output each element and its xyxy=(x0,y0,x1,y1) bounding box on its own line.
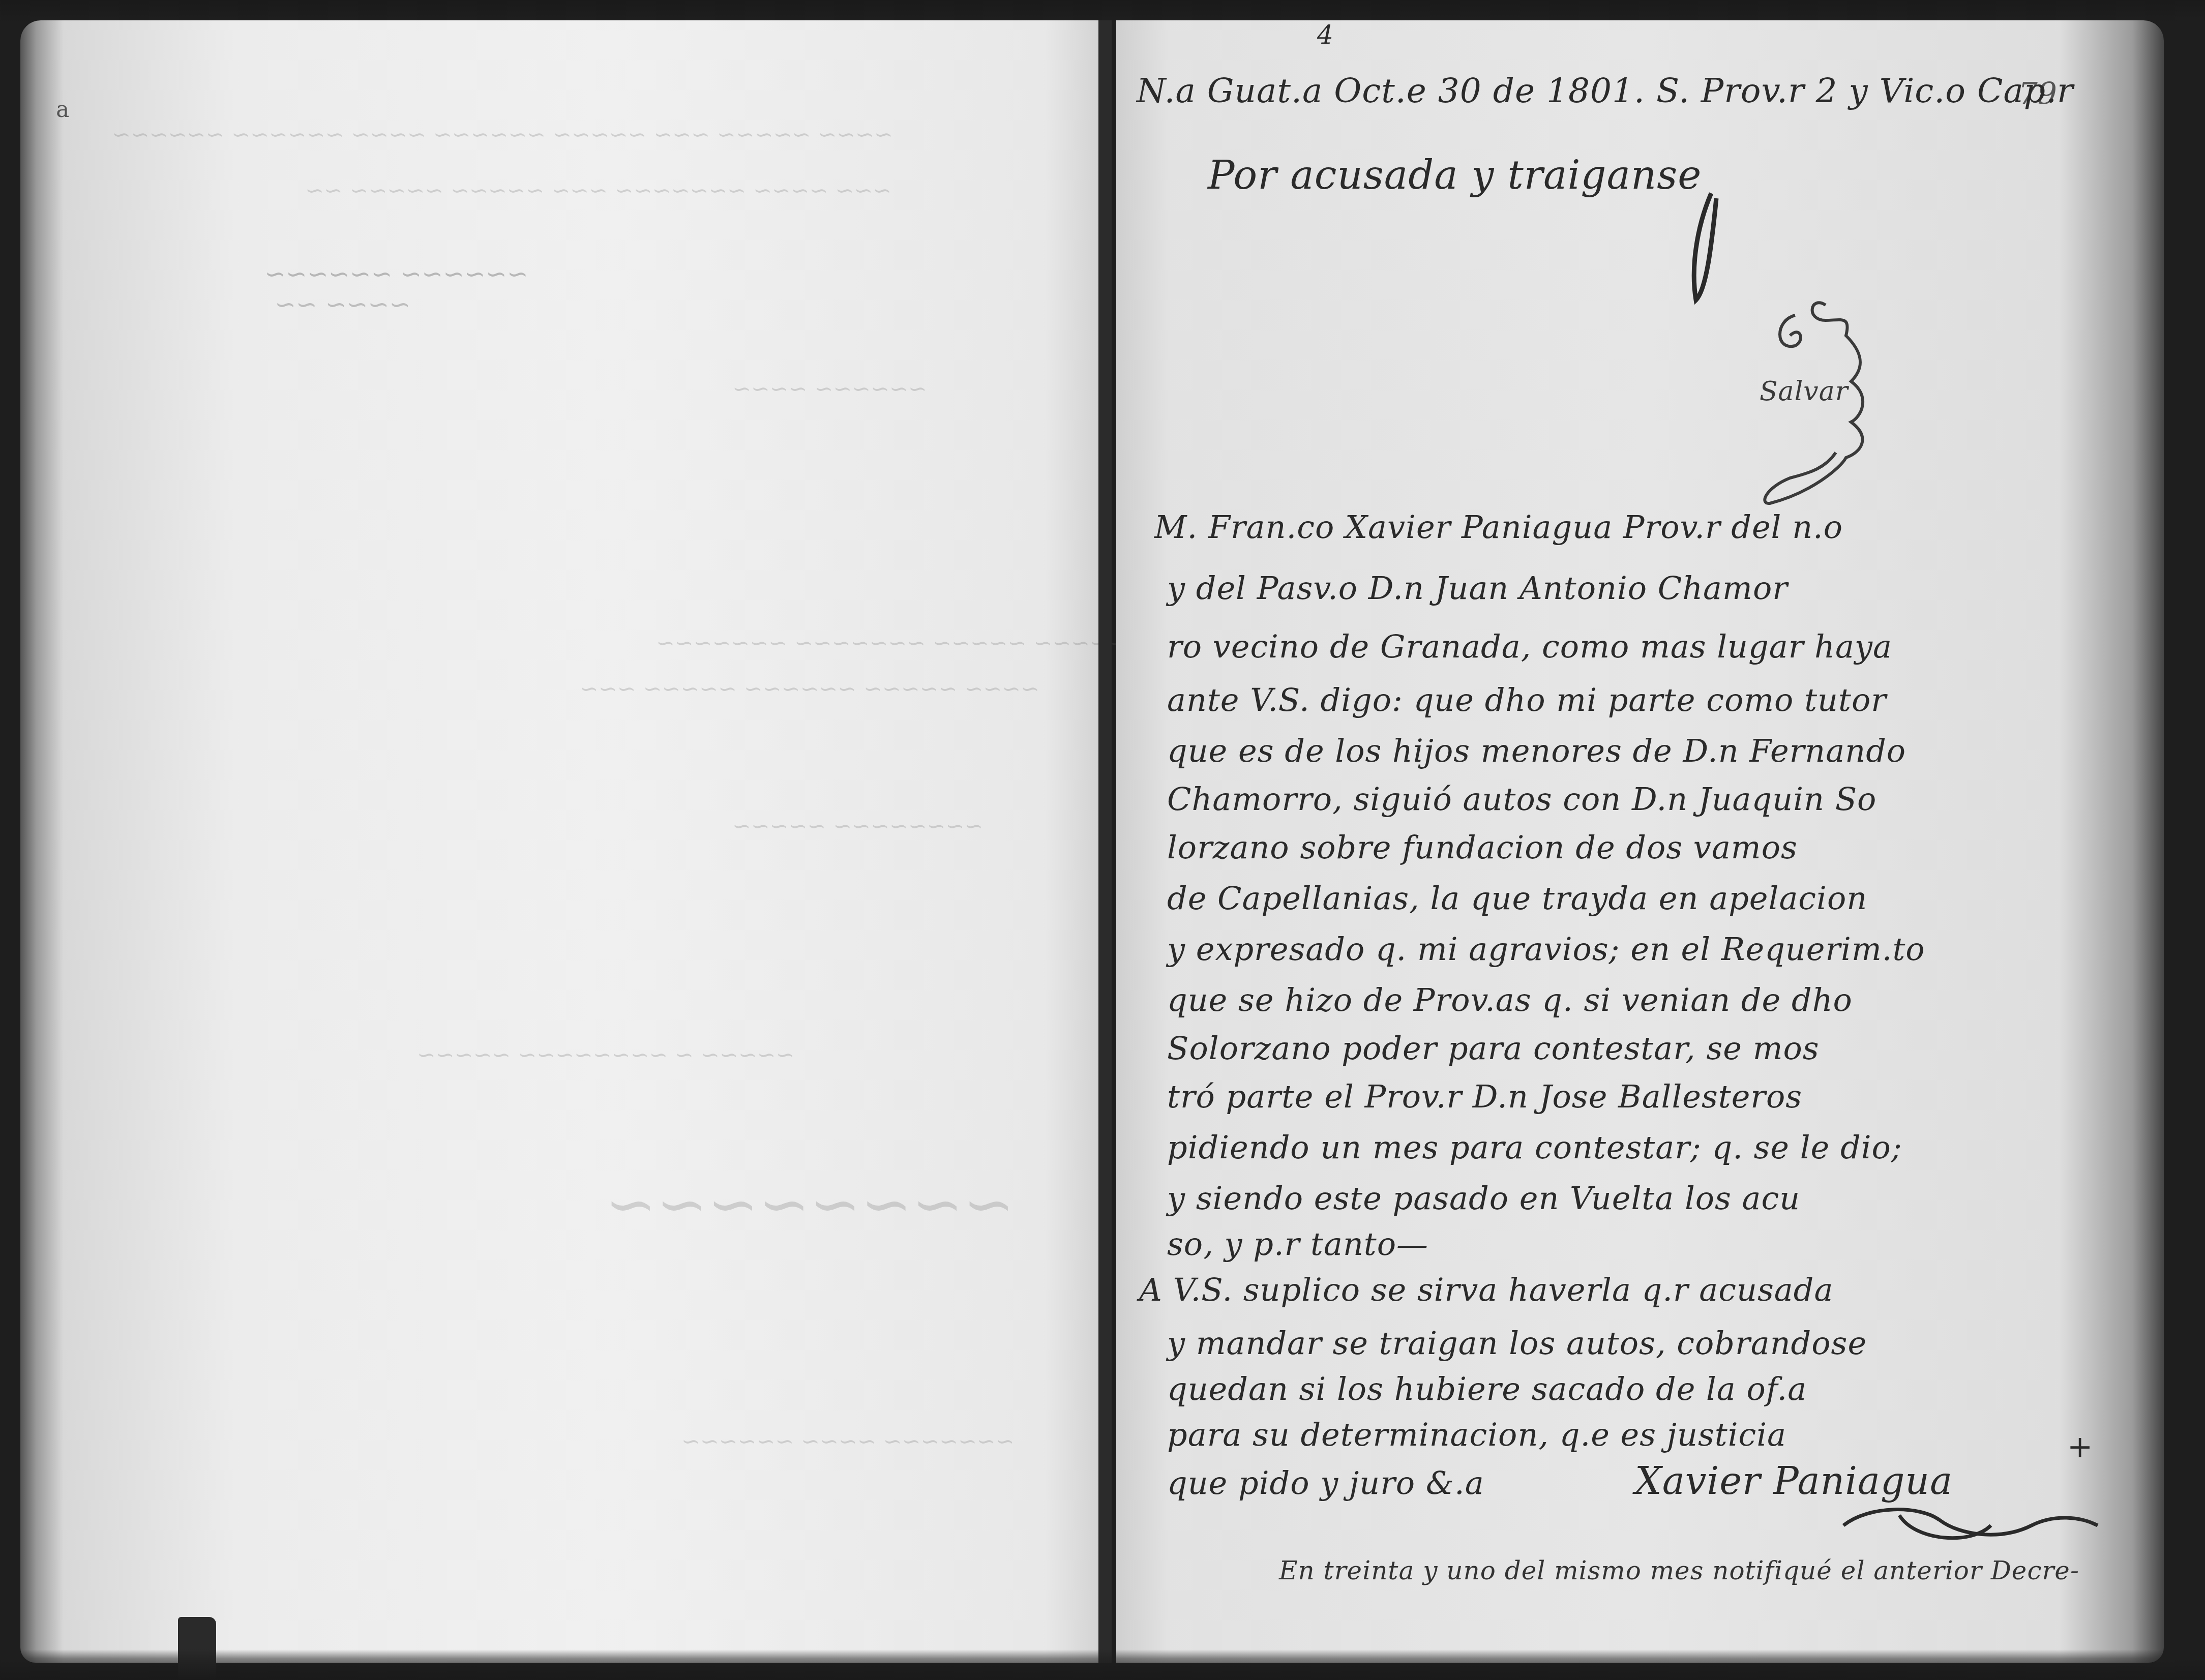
header-line: N.a Guat.a Oct.e 30 de 1801. S. Prov.r 2… xyxy=(1137,71,2074,110)
petition-line: quedan si los hubiere sacado de la of.a xyxy=(1167,1370,1807,1407)
body-line: y expresado q. mi agravios; en el Requer… xyxy=(1167,931,1925,968)
decree-text: Por acusada y traiganse xyxy=(1208,153,1702,198)
body-line: pidiendo un mes para contestar; q. se le… xyxy=(1167,1129,1902,1166)
bleed-through-text: ~~~~~ ~ ~~~~~~~~ ~~~~~ xyxy=(417,1042,794,1068)
rubric-text: Salvar xyxy=(1760,376,1849,407)
bleed-through-text: ~~~ ~~~~ ~~~~~~~ ~~~ ~~~~~ ~~~~~ ~~ xyxy=(305,178,891,204)
body-line: Chamorro, siguió autos con D.n Juaquin S… xyxy=(1167,781,1876,818)
body-line: M. Fran.co Xavier Paniagua Prov.r del n.… xyxy=(1154,508,1843,546)
bleed-through-text: ~~~~~~~~ ~~~~~ xyxy=(732,814,983,839)
signature-mark: + xyxy=(2067,1429,2093,1464)
bleed-through-text: ~~~~~~~ ~~~~ ~~~~~~ xyxy=(681,1429,1015,1455)
body-line: tró parte el Prov.r D.n Jose Ballesteros xyxy=(1167,1078,1802,1115)
body-line: so, y p.r tanto— xyxy=(1167,1225,1428,1263)
body-line: que es de los hijos menores de D.n Ferna… xyxy=(1167,732,1906,769)
bleed-through-text: ~~~~ ~~~~~ ~~~~~~ ~~~~~ ~~~ xyxy=(580,676,1039,702)
bleed-through-text: ~~~~~~ ~~~~ xyxy=(732,376,927,402)
flourish-icon xyxy=(1676,188,1737,310)
body-line: ro vecino de Granada, como mas lugar hay… xyxy=(1167,628,1892,665)
body-line: ante V.S. digo: que dho mi parte como tu… xyxy=(1167,681,1887,718)
bleed-through-text: ~~~~ ~~~~~ ~~~ ~~~~~ ~~~~~~ ~~~~ ~~~~~~ … xyxy=(112,122,893,148)
scan-bottom-edge xyxy=(0,1649,2205,1680)
petition-line: A V.S. suplico se sirva haverla q.r acus… xyxy=(1139,1271,1833,1308)
right-page: 79 4 N.a Guat.a Oct.e 30 de 1801. S. Pro… xyxy=(1116,20,2164,1663)
petition-line: y mandar se traigan los autos, cobrandos… xyxy=(1167,1325,1867,1362)
document-spread: a ~~~~ ~~~~~ ~~~ ~~~~~ ~~~~~~ ~~~~ ~~~~~… xyxy=(0,0,2205,1680)
bleed-through-text: ~~~~~~ ~~~~~~ xyxy=(264,259,528,289)
signature-flourish-icon xyxy=(1838,1495,2103,1551)
body-line: lorzano sobre fundacion de dos vamos xyxy=(1167,829,1798,866)
bleed-through-signature: ~~~~~~~~ xyxy=(605,1169,1014,1240)
body-line: y siendo este pasado en Vuelta los acu xyxy=(1167,1180,1800,1217)
bleed-through-text: ~~~~ ~~ xyxy=(275,290,410,319)
bleed-through-text: ~~~~~ ~~~~~ ~~~~~~~ ~~~~~~~ xyxy=(656,631,1127,656)
body-line: y del Pasv.o D.n Juan Antonio Chamor xyxy=(1167,569,1788,607)
body-line: de Capellanias, la que trayda en apelaci… xyxy=(1167,880,1867,917)
left-page: a ~~~~ ~~~~~ ~~~ ~~~~~ ~~~~~~ ~~~~ ~~~~~… xyxy=(20,20,1098,1663)
superscript-mark: 4 xyxy=(1317,20,1334,50)
petition-line: para su determinacion, q.e es justicia xyxy=(1167,1416,1786,1453)
book-gutter xyxy=(1098,20,1112,1663)
corner-mark: a xyxy=(56,97,69,123)
notification-line: En treinta y uno del mismo mes notifiqué… xyxy=(1279,1556,2079,1585)
body-line: que se hizo de Prov.as q. si venian de d… xyxy=(1167,981,1853,1018)
petition-line: que pido y juro &.a xyxy=(1167,1464,1484,1502)
body-line: Solorzano poder para contestar, se mos xyxy=(1167,1030,1820,1067)
